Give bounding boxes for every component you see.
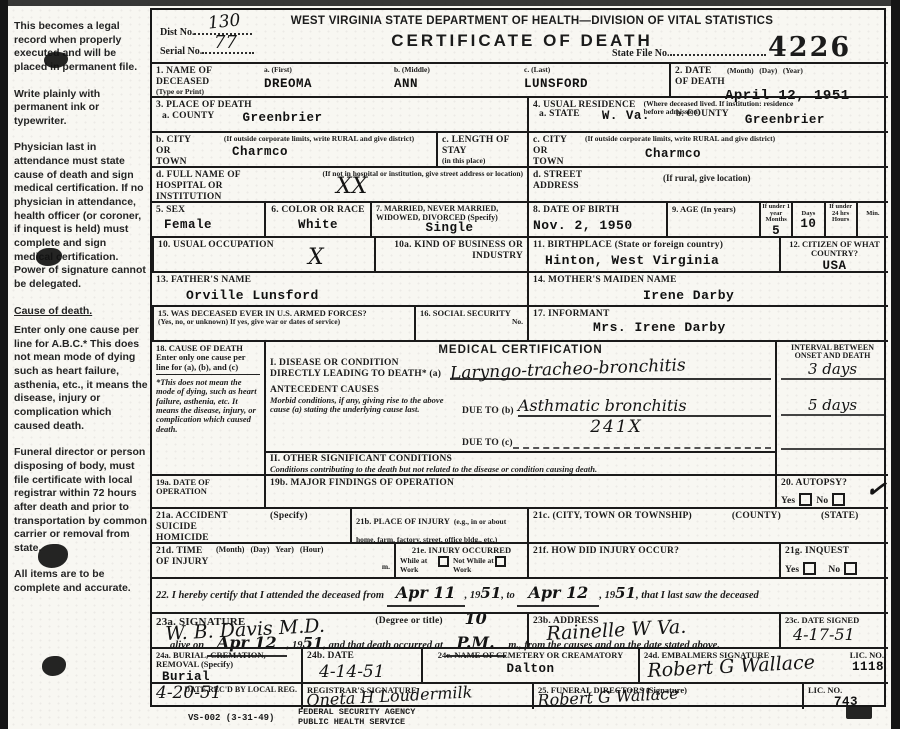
cemetery-value: Dalton <box>427 662 634 676</box>
field-residence-city: c. CITYORTOWN (If outside corporate limi… <box>527 131 888 166</box>
fathers-name-label: 13. FATHER'S NAME <box>156 275 523 286</box>
how-injury-label: 21f. HOW DID INJURY OCCUR? <box>533 546 775 557</box>
due-to-b-label: DUE TO (b) <box>462 406 514 417</box>
field-hospital-name: d. FULL NAME OF HOSPITAL OR INSTITUTION … <box>152 166 527 201</box>
field-date-of-death: 2. DATE OF DEATH (Month) (Day) (Year) Ap… <box>669 62 888 96</box>
attended-to-year: 51 <box>615 584 636 602</box>
name-sublabel: (Type or Print) <box>156 88 264 96</box>
birthplace-value: Hinton, West Virginia <box>545 253 775 268</box>
age-months-column: If under 1 year Months 5 <box>761 203 791 236</box>
field-medical-certification: MEDICAL CERTIFICATION I. DISEASE OR COND… <box>264 340 775 474</box>
dist-no-label: Dist No. <box>160 27 194 38</box>
county-label: a. COUNTY <box>162 111 214 125</box>
city-value: Charmco <box>232 145 432 159</box>
injury-state-label: (STATE) <box>821 511 858 540</box>
inquest-no-checkbox <box>844 562 857 575</box>
field-informant: 17. INFORMANT Mrs. Irene Darby <box>527 305 888 340</box>
agency-line-1: FEDERAL SECURITY AGENCY <box>298 707 415 717</box>
field-embalmer-signature: 24d. EMBALMERS SIGNATURE LIC. NO. Robert… <box>638 647 888 682</box>
field-registrar-signature: REGISTRAR'S SIGNATURE Oneta H Loudermilk <box>301 682 532 709</box>
field-fathers-name: 13. FATHER'S NAME Orville Lunsford <box>152 271 527 305</box>
interval-c-line <box>781 444 884 450</box>
field-physician-address: 23b. ADDRESS Rainelle W Va. <box>527 612 779 647</box>
autopsy-no-label: No <box>816 496 828 506</box>
field-date-of-birth: 8. DATE OF BIRTH Nov. 2, 1950 <box>527 201 666 236</box>
field-marital-status: 7. MARRIED, NEVER MARRIED, WIDOWED, DIVO… <box>370 201 527 236</box>
date-signed-label: 23c. DATE SIGNED <box>785 616 884 625</box>
ssn-label: 16. SOCIAL SECURITY <box>420 309 523 318</box>
date-of-death-columns: (Month) (Day) (Year) <box>727 67 803 88</box>
residence-city-note: (If outside corporate limits, write RURA… <box>585 135 884 143</box>
embalmer-lic-value: 1118 <box>852 660 884 682</box>
agency-line-2: PUBLIC HEALTH SERVICE <box>298 717 405 727</box>
fd-lic-value: 743 <box>808 695 884 709</box>
interval-a-value: 3 days <box>781 360 884 378</box>
field-cemetery-name: 24c. NAME OF CEMETERY OR CREAMATORY Dalt… <box>421 647 638 682</box>
field-birthplace: 11. BIRTHPLACE (State or foreign country… <box>527 236 779 271</box>
kind-of-business-label: 10a. KIND OF BUSINESS OR INDUSTRY <box>380 240 523 262</box>
middle-name-value: ANN <box>394 77 524 91</box>
days-value: 10 <box>793 217 823 231</box>
due-to-c-label: DUE TO (c) <box>462 438 513 449</box>
state-label: a. STATE <box>539 109 580 127</box>
field-funeral-director-signature: 25. FUNERAL DIRECTORS (Signature) Robert… <box>532 682 802 709</box>
inquest-yes-label: Yes <box>785 565 799 575</box>
margin-note-legal-record: This becomes a legal record when properl… <box>14 20 148 75</box>
name-label: 1. NAME OF DECEASED <box>156 66 264 88</box>
street-address-label: d. STREET ADDRESS <box>533 170 613 192</box>
while-at-work-label: While at Work <box>400 556 438 574</box>
major-findings-label: 19b. MAJOR FINDINGS OF OPERATION <box>270 478 771 489</box>
inquest-label: 21g. INQUEST <box>785 546 884 557</box>
scan-edge-left <box>0 0 8 729</box>
field-cause-of-death-notes: 18. CAUSE OF DEATH Enter only one cause … <box>152 340 264 474</box>
age-hours-column: If under 24 hrs Hours <box>824 203 856 236</box>
hours-label: Hours <box>826 217 856 224</box>
burial-date-value: 4-14-51 <box>319 662 417 682</box>
cause-a-value: Laryngo-tracheo-bronchitis <box>450 352 772 383</box>
time-of-injury-m: m. <box>216 563 390 571</box>
field-interval-onset-death: INTERVAL BETWEEN ONSET AND DEATH 3 days … <box>775 340 888 474</box>
age-min-column: Min. <box>856 203 888 236</box>
other-conditions-note: Conditions contributing to the death but… <box>270 465 771 474</box>
not-while-at-work-label: Not While at Work <box>453 556 495 574</box>
ink-blot <box>42 656 66 676</box>
state-file-no-value: 4226 <box>768 32 851 63</box>
autopsy-no-checkmark: ✓ <box>864 473 888 505</box>
time-of-injury-columns: (Month) (Day) Year) (Hour) <box>216 546 390 555</box>
autopsy-yes-label: Yes <box>781 496 795 506</box>
last-name-value: LUNSFORD <box>524 77 665 91</box>
city-note: (If outside corporate limits, write RURA… <box>206 135 432 143</box>
field-date-of-operation: 19a. DATE OF OPERATION <box>152 474 264 507</box>
ssn-no-label: No. <box>420 318 523 326</box>
attended-to-value: Apr 12 <box>517 581 599 607</box>
field-social-security: 16. SOCIAL SECURITY No. <box>414 305 527 340</box>
first-name-label: a. (First) <box>264 66 394 74</box>
attended-from-value: Apr 11 <box>387 581 465 607</box>
hospital-label: d. FULL NAME OF HOSPITAL OR INSTITUTION <box>156 170 276 203</box>
field-physician-signature: 23a. SIGNATURE (Degree or title) W. B. D… <box>152 612 527 647</box>
scan-edge-right <box>891 0 900 729</box>
field-color-or-race: 6. COLOR OR RACE White <box>264 201 370 236</box>
date-of-birth-label: 8. DATE OF BIRTH <box>533 205 662 216</box>
disease-label-1: I. DISEASE OR CONDITION <box>270 358 450 369</box>
residence-city-value: Charmco <box>645 147 884 161</box>
birthplace-label: 11. BIRTHPLACE (State or foreign country… <box>533 240 775 251</box>
cause-note-2: *This does not mean the mode of dying, s… <box>156 378 260 434</box>
field-age-subcolumns: If under 1 year Months 5 Days 10 If unde… <box>759 201 888 236</box>
date-of-birth-value: Nov. 2, 1950 <box>533 218 662 233</box>
fd-lic-label: LIC. NO. <box>808 686 884 695</box>
margin-note-complete-accurate: All items are to be complete and accurat… <box>14 568 148 595</box>
disease-label-2: DIRECTLY LEADING TO DEATH* (a) <box>270 369 450 380</box>
certify-text-2: , 19 <box>465 590 481 601</box>
form-code: VS-002 (3-31-49) <box>188 713 274 723</box>
field-sex: 5. SEX Female <box>152 201 264 236</box>
field-armed-forces: 15. WAS DECEASED EVER IN U.S. ARMED FORC… <box>152 305 414 340</box>
field-mothers-maiden-name: 14. MOTHER'S MAIDEN NAME Irene Darby <box>527 271 888 305</box>
field-age: 9. AGE (In years) <box>666 201 759 236</box>
attended-from-year: 51 <box>480 584 501 602</box>
margin-heading-cause-of-death: Cause of death. <box>14 305 148 319</box>
form-header: WEST VIRGINIA STATE DEPARTMENT OF HEALTH… <box>152 10 888 62</box>
field-usual-occupation: 10. USUAL OCCUPATION X <box>152 236 374 271</box>
funeral-director-signature-value: Robert G Wallace <box>537 678 798 711</box>
field-citizen: 12. CITIZEN OF WHAT COUNTRY? USA <box>779 236 888 271</box>
injury-occurred-label: 21e. INJURY OCCURRED <box>400 546 523 555</box>
field-street-address: d. STREET ADDRESS (If rural, give locati… <box>527 166 888 201</box>
place-of-death-title: 3. PLACE OF DEATH <box>156 100 523 111</box>
field-city-or-town: b. CITYORTOWN (If outside corporate limi… <box>152 131 436 166</box>
age-days-column: Days 10 <box>791 203 823 236</box>
field-autopsy: 20. AUTOPSY? Yes No ✓ <box>775 474 888 507</box>
cemetery-label: 24c. NAME OF CEMETERY OR CREAMATORY <box>427 651 634 660</box>
street-address-note: (If rural, give location) <box>663 174 750 199</box>
burial-date-label: 24b. DATE <box>307 651 417 662</box>
margin-note-write-plainly: Write plainly with permanent ink or type… <box>14 88 148 129</box>
serial-no-value: 77 <box>214 32 237 53</box>
state-file-no-line <box>670 54 766 56</box>
field-name-of-deceased: 1. NAME OF DECEASED (Type or Print) a. (… <box>152 62 669 96</box>
length-of-stay-note: (in this place) <box>442 157 523 165</box>
certify-text-5: , that I last saw the deceased <box>636 590 759 601</box>
certificate-form: WEST VIRGINIA STATE DEPARTMENT OF HEALTH… <box>150 8 886 707</box>
last-name-label: c. (Last) <box>524 66 665 74</box>
autopsy-yes-checkbox <box>799 493 812 506</box>
occupation-value: X <box>308 245 370 270</box>
accident-label: 21a. ACCIDENT SUICIDE HOMICIDE <box>156 511 246 540</box>
field-burial-type: 24a. BURIAL, CREMATION, REMOVAL (Specify… <box>152 647 301 682</box>
field-kind-of-business: 10a. KIND OF BUSINESS OR INDUSTRY <box>374 236 527 271</box>
margin-note-one-cause: Enter only one cause per line for A.B.C.… <box>14 324 148 433</box>
field-length-of-stay: c. LENGTH OF STAY (in this place) <box>436 131 527 166</box>
field-place-of-death: 3. PLACE OF DEATH a. COUNTY Greenbrier <box>152 96 527 131</box>
state-file-no-label: State File No. <box>612 48 670 59</box>
dist-no-value: 130 <box>207 10 241 33</box>
margin-instructions: This becomes a legal record when properl… <box>14 20 148 609</box>
date-of-death-label: 2. DATE OF DEATH <box>675 66 727 88</box>
county-value: Greenbrier <box>242 111 322 125</box>
field-burial-date: 24b. DATE 4-14-51 <box>301 647 421 682</box>
res-county-label: b. COUNTY <box>676 109 729 127</box>
interval-b-value: 5 days <box>781 396 884 414</box>
field-injury-occurred: 21e. INJURY OCCURRED While at Work Not W… <box>394 542 527 577</box>
death-certificate-scan: This becomes a legal record when properl… <box>0 0 900 729</box>
scan-edge-top <box>0 0 900 6</box>
cause-b-value: Asthmatic bronchitis <box>518 396 771 415</box>
inquest-yes-checkbox <box>803 562 816 575</box>
fathers-name-value: Orville Lunsford <box>186 288 523 303</box>
department-title: WEST VIRGINIA STATE DEPARTMENT OF HEALTH… <box>232 15 832 27</box>
sex-value: Female <box>164 218 260 232</box>
date-of-operation-label: 19a. DATE OF OPERATION <box>156 478 260 497</box>
mothers-name-label: 14. MOTHER'S MAIDEN NAME <box>533 275 884 286</box>
field-usual-residence: 4. USUAL RESIDENCE (Where deceased lived… <box>527 96 888 131</box>
marital-value: Single <box>376 221 523 235</box>
serial-no-label: Serial No. <box>160 46 202 57</box>
cause-note-1: Enter only one cause per line for (a), (… <box>156 353 260 375</box>
armed-forces-note: (Yes, no, or unknown) If yes, give war o… <box>158 318 410 326</box>
field-date-signed: 23c. DATE SIGNED 4-17-51 <box>779 612 888 647</box>
time-of-injury-label: 21d. TIME OF INJURY <box>156 546 216 575</box>
interval-header-2: ONSET AND DEATH <box>781 352 884 360</box>
min-label: Min. <box>858 211 888 218</box>
field-how-injury-occurred: 21f. HOW DID INJURY OCCUR? <box>527 542 779 577</box>
color-label: 6. COLOR OR RACE <box>270 205 366 216</box>
field-injury-location: 21c. (CITY, TOWN OR TOWNSHIP) (COUNTY) (… <box>527 507 888 542</box>
field-major-findings: 19b. MAJOR FINDINGS OF OPERATION <box>264 474 775 507</box>
mothers-name-value: Irene Darby <box>643 288 884 303</box>
place-of-injury-label: 21b. PLACE OF INJURY <box>356 516 450 526</box>
res-county-value: Greenbrier <box>745 113 825 127</box>
while-at-work-checkbox <box>438 556 449 567</box>
injury-county-label: (COUNTY) <box>732 511 781 540</box>
informant-label: 17. INFORMANT <box>533 309 884 320</box>
margin-note-funeral-director: Funeral director or person disposing of … <box>14 446 148 555</box>
autopsy-no-checkbox <box>832 493 845 506</box>
field-accident-suicide-homicide: 21a. ACCIDENT SUICIDE HOMICIDE (Specify) <box>152 507 350 542</box>
margin-note-physician: Physician last in attendance must state … <box>14 141 148 291</box>
embalmer-lic-label: LIC. NO. <box>850 651 884 660</box>
accident-specify: (Specify) <box>270 511 308 540</box>
certify-text-1: 22. I hereby certify that I attended the… <box>156 590 384 601</box>
field-time-of-injury: 21d. TIME OF INJURY (Month) (Day) Year) … <box>152 542 394 577</box>
burial-label: 24a. BURIAL, CREMATION, REMOVAL (Specify… <box>156 651 297 670</box>
not-while-at-work-checkbox <box>495 556 506 567</box>
certify-text-3: , to <box>501 590 514 601</box>
state-value: W. Va. <box>602 109 650 127</box>
certify-text-4: , 19 <box>599 590 615 601</box>
field-inquest: 21g. INQUEST Yes No <box>779 542 888 577</box>
field-date-received: DATE REC'D BY LOCAL REG. 4-20-51 <box>152 682 301 709</box>
sex-label: 5. SEX <box>156 205 260 216</box>
injury-city-label: 21c. (CITY, TOWN OR TOWNSHIP) <box>533 511 692 540</box>
citizen-label: 12. CITIZEN OF WHAT COUNTRY? <box>785 240 884 259</box>
months-label: Months <box>761 217 791 224</box>
inquest-no-label: No <box>828 565 840 575</box>
morbid-note: Morbid conditions, if any, giving rise t… <box>270 396 462 415</box>
color-value: White <box>270 218 366 232</box>
date-signed-value: 4-17-51 <box>793 625 884 644</box>
informant-value: Mrs. Irene Darby <box>593 320 884 335</box>
first-name-value: DREOMA <box>264 77 394 91</box>
hospital-note: (If not in hospital or institution, give… <box>276 170 523 178</box>
field-place-of-injury: 21b. PLACE OF INJURY (e.g., in or about … <box>350 507 527 542</box>
age-label: 9. AGE (In years) <box>672 205 755 214</box>
cause-c-line <box>513 437 771 449</box>
length-of-stay-label: c. LENGTH OF STAY <box>442 135 523 157</box>
cause-c-notation: 241X <box>590 417 643 437</box>
field-funeral-director-lic: LIC. NO. 743 <box>802 682 888 709</box>
middle-name-label: b. (Middle) <box>394 66 524 74</box>
